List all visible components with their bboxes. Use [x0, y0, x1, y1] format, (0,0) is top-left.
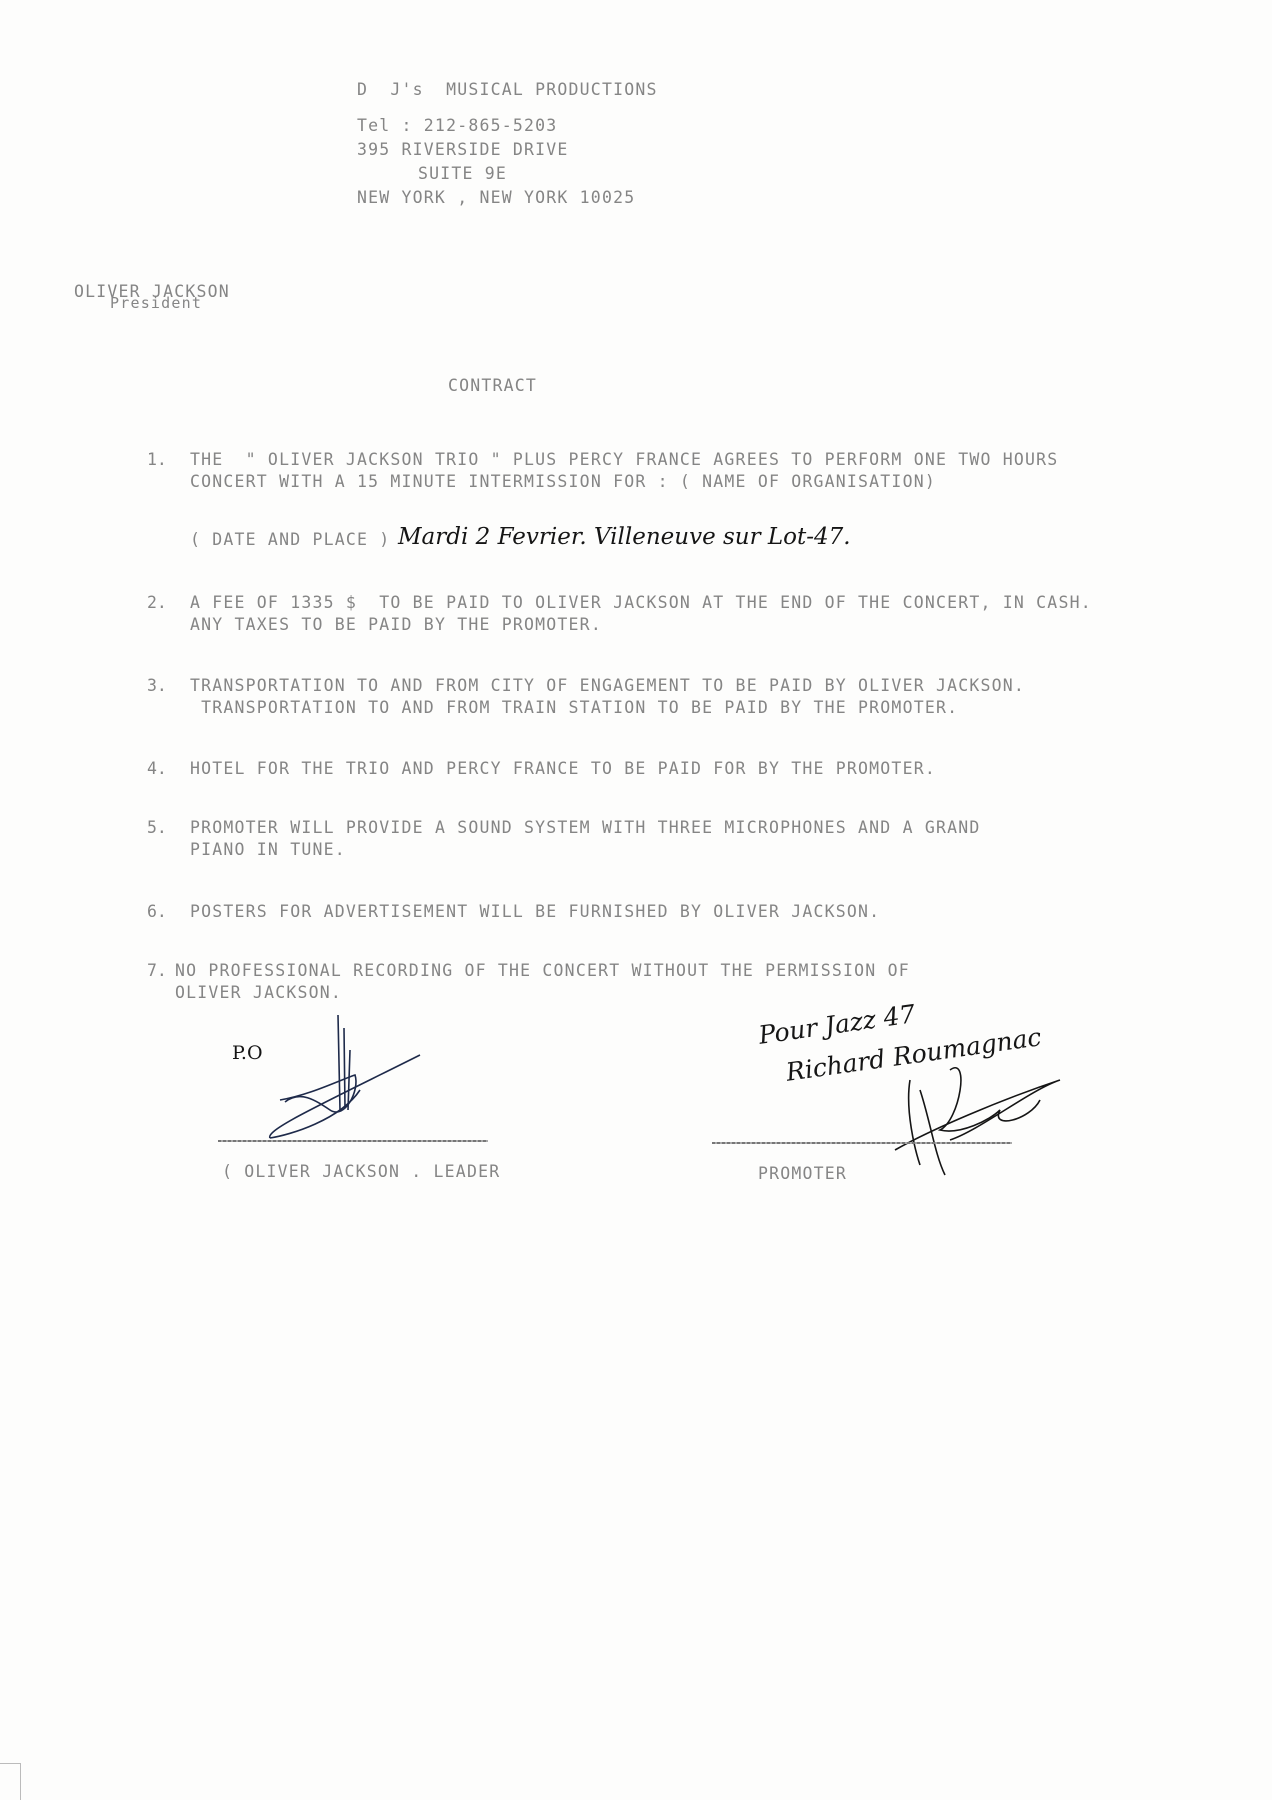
- page-corner-mark: [0, 1763, 21, 1800]
- clause-5-line-1: PROMOTER WILL PROVIDE A SOUND SYSTEM WIT…: [190, 818, 981, 837]
- leader-signature-label: ( OLIVER JACKSON . LEADER: [222, 1162, 500, 1181]
- clause-1-line-1: THE " OLIVER JACKSON TRIO " PLUS PERCY F…: [190, 450, 1058, 469]
- clause-2-line-1: A FEE OF 1335 $ TO BE PAID TO OLIVER JAC…: [190, 593, 1092, 612]
- company-name: D J's MUSICAL PRODUCTIONS: [357, 80, 658, 99]
- date-place-label: ( DATE AND PLACE ): [190, 530, 390, 549]
- clause-1-line-2: CONCERT WITH A 15 MINUTE INTERMISSION FO…: [190, 472, 936, 491]
- leader-signature-icon: [260, 1010, 430, 1140]
- leader-signature-line: [218, 1140, 488, 1142]
- document-title: CONTRACT: [448, 376, 537, 395]
- clause-3-number: 3.: [147, 676, 167, 695]
- clause-6-number: 6.: [147, 902, 167, 921]
- clause-6-line-1: POSTERS FOR ADVERTISEMENT WILL BE FURNIS…: [190, 902, 880, 921]
- sender-title: President: [110, 294, 202, 312]
- promoter-signature-icon: [890, 1060, 1070, 1180]
- promoter-signature-line: [712, 1142, 1012, 1144]
- clause-7-line-2: OLIVER JACKSON.: [175, 983, 342, 1002]
- date-place-handwritten: Mardi 2 Fevrier. Villeneuve sur Lot-47.: [398, 524, 851, 550]
- clause-1-number: 1.: [147, 450, 167, 469]
- clause-4-number: 4.: [147, 759, 167, 778]
- clause-4-line-1: HOTEL FOR THE TRIO AND PERCY FRANCE TO B…: [190, 759, 936, 778]
- clause-3-line-1: TRANSPORTATION TO AND FROM CITY OF ENGAG…: [190, 676, 1025, 695]
- company-address-line2: SUITE 9E: [418, 164, 507, 183]
- clause-7-line-1: NO PROFESSIONAL RECORDING OF THE CONCERT…: [175, 961, 910, 980]
- clause-7-number: 7.: [147, 961, 167, 980]
- clause-2-number: 2.: [147, 593, 167, 612]
- clause-2-line-2: ANY TAXES TO BE PAID BY THE PROMOTER.: [190, 615, 602, 634]
- clause-3-line-2: TRANSPORTATION TO AND FROM TRAIN STATION…: [190, 698, 958, 717]
- clause-5-number: 5.: [147, 818, 167, 837]
- company-phone: Tel : 212-865-5203: [357, 116, 557, 135]
- clause-5-line-2: PIANO IN TUNE.: [190, 840, 346, 859]
- company-city: NEW YORK , NEW YORK 10025: [357, 188, 635, 207]
- company-address-line1: 395 RIVERSIDE DRIVE: [357, 140, 569, 159]
- leader-signature-annotation: P.O: [232, 1042, 263, 1064]
- promoter-signature-label: PROMOTER: [758, 1164, 847, 1183]
